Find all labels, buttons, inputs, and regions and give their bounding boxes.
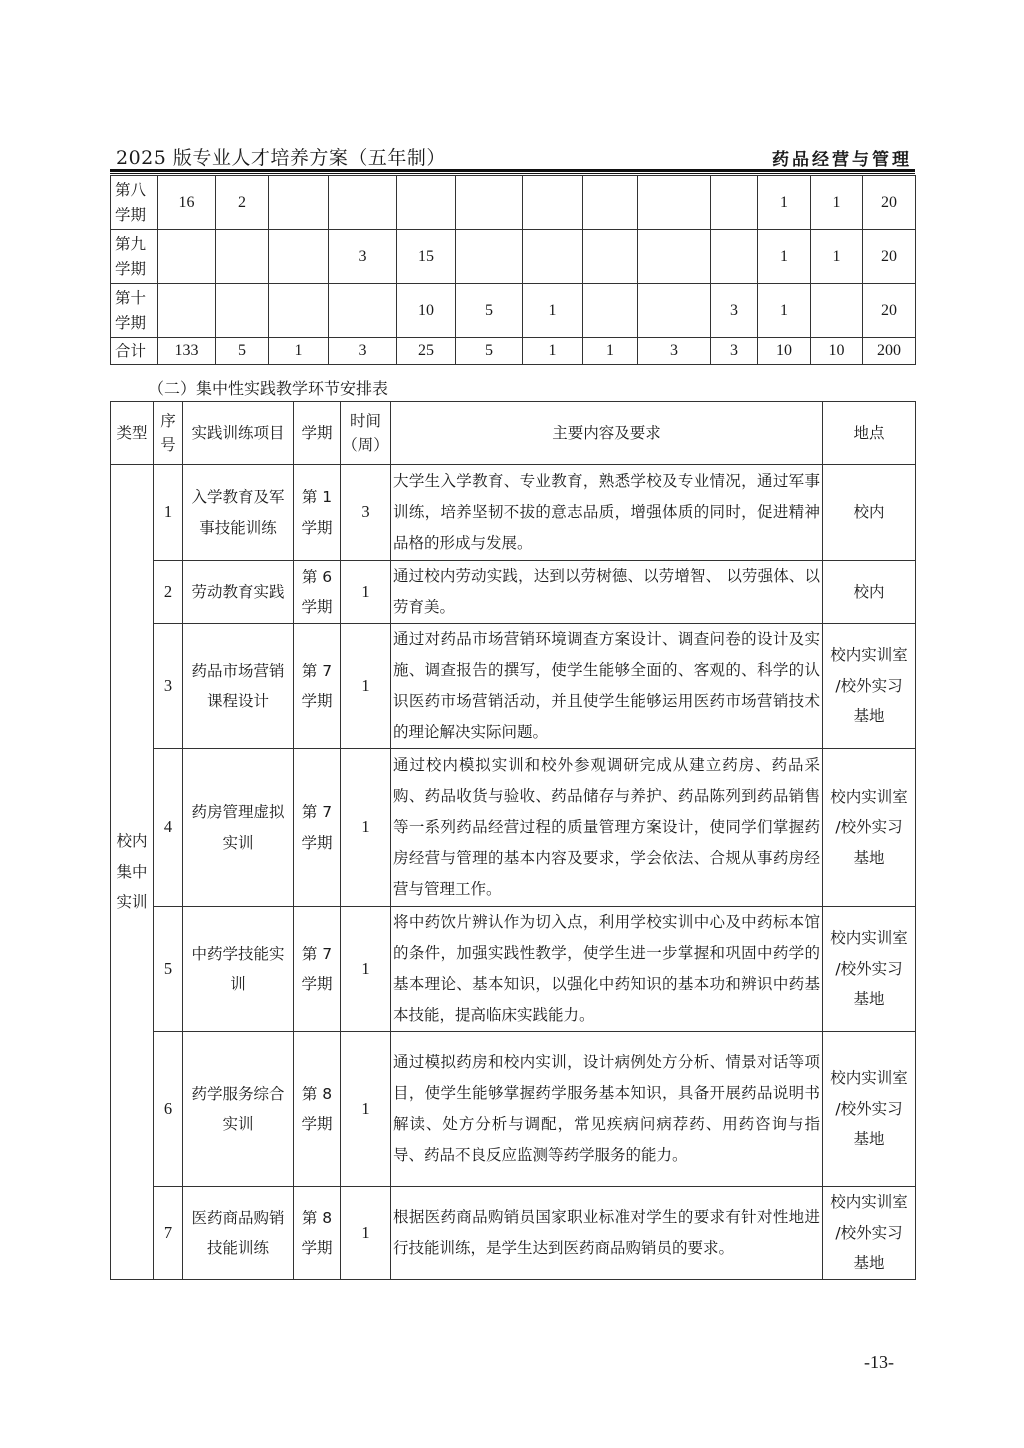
location: 校内实训室/校外实习基地 — [823, 1187, 916, 1280]
total-cell: 1 — [583, 338, 638, 365]
item-name: 劳动教育实践 — [183, 561, 294, 624]
header-row: 类型 序号 实践训练项目 学期 时间（周） 主要内容及要求 地点 — [111, 402, 916, 465]
semester: 第 8学期 — [294, 1032, 341, 1187]
header-seq: 序号 — [154, 402, 183, 465]
table-row: 第八学期 16 2 1 1 20 — [111, 176, 916, 230]
total-cell: 3 — [329, 338, 397, 365]
cell — [638, 284, 711, 338]
cell — [216, 230, 269, 284]
total-cell: 25 — [397, 338, 456, 365]
cell — [216, 284, 269, 338]
table-row: 6 药学服务综合实训 第 8学期 1 通过模拟药房和校内实训，设计病例处方分析、… — [111, 1032, 916, 1187]
total-cell: 3 — [711, 338, 758, 365]
header-rule-thick — [110, 169, 915, 172]
cell — [269, 284, 329, 338]
cell — [269, 176, 329, 230]
table-row: 第十学期 10 5 1 3 1 20 — [111, 284, 916, 338]
location: 校内实训室/校外实习基地 — [823, 907, 916, 1032]
total-cell: 10 — [811, 338, 863, 365]
table-row: 2 劳动教育实践 第 6学期 1 通过校内劳动实践，达到以劳树德、以劳增智、 以… — [111, 561, 916, 624]
total-cell: 1 — [269, 338, 329, 365]
total-cell: 10 — [758, 338, 811, 365]
cell — [583, 230, 638, 284]
cell — [711, 176, 758, 230]
cell: 5 — [456, 284, 523, 338]
weeks: 3 — [341, 465, 391, 561]
item-name: 药房管理虚拟实训 — [183, 749, 294, 907]
cell: 1 — [758, 284, 811, 338]
table-row: 3 药品市场营销课程设计 第 7学期 1 通过对药品市场营销环境调查方案设计、调… — [111, 624, 916, 749]
cell — [523, 176, 583, 230]
header-content: 主要内容及要求 — [391, 402, 823, 465]
total-cell: 1 — [523, 338, 583, 365]
seq: 5 — [154, 907, 183, 1032]
item-name: 药品市场营销课程设计 — [183, 624, 294, 749]
cell — [397, 176, 456, 230]
weeks: 1 — [341, 624, 391, 749]
header-time: 时间（周） — [341, 402, 391, 465]
semester: 第 7学期 — [294, 907, 341, 1032]
cell — [811, 284, 863, 338]
seq: 3 — [154, 624, 183, 749]
cell: 1 — [523, 284, 583, 338]
row-label: 第八学期 — [111, 176, 158, 230]
content: 通过校内劳动实践，达到以劳树德、以劳增智、 以劳强体、以劳育美。 — [391, 561, 823, 624]
total-cell: 200 — [863, 338, 916, 365]
content: 通过对药品市场营销环境调查方案设计、调查问卷的设计及实施、调查报告的撰写，使学生… — [391, 624, 823, 749]
row-label: 第十学期 — [111, 284, 158, 338]
seq: 1 — [154, 465, 183, 561]
document-header-program: 药品经营与管理 — [772, 145, 912, 170]
cell — [583, 284, 638, 338]
cell: 3 — [329, 230, 397, 284]
seq: 7 — [154, 1187, 183, 1280]
cell: 3 — [711, 284, 758, 338]
cell: 1 — [811, 176, 863, 230]
document-header-title: 2025 版专业人才培养方案（五年制） — [116, 143, 446, 170]
table-row: 4 药房管理虚拟实训 第 7学期 1 通过校内模拟实训和校外参观调研完成从建立药… — [111, 749, 916, 907]
cell — [456, 230, 523, 284]
practice-table-body: 校内集中实训 1 入学教育及军事技能训练 第 1学期 3 大学生入学教育、专业教… — [111, 465, 916, 1280]
cell: 1 — [758, 176, 811, 230]
table-row: 7 医药商品购销技能训练 第 8学期 1 根据医药商品购销员国家职业标准对学生的… — [111, 1187, 916, 1280]
cell — [456, 176, 523, 230]
location: 校内实训室/校外实习基地 — [823, 749, 916, 907]
location: 校内实训室/校外实习基地 — [823, 624, 916, 749]
cell — [158, 230, 216, 284]
seq: 4 — [154, 749, 183, 907]
total-cell: 5 — [456, 338, 523, 365]
item-name: 医药商品购销技能训练 — [183, 1187, 294, 1280]
total-cell: 133 — [158, 338, 216, 365]
page-number: -13- — [864, 1352, 894, 1373]
total-row: 合计 133 5 1 3 25 5 1 1 3 3 10 10 200 — [111, 338, 916, 365]
location: 校内实训室/校外实习基地 — [823, 1032, 916, 1187]
weeks: 1 — [341, 1187, 391, 1280]
cell: 2 — [216, 176, 269, 230]
cell: 20 — [863, 284, 916, 338]
semester: 第 6学期 — [294, 561, 341, 624]
total-cell: 5 — [216, 338, 269, 365]
cell — [158, 284, 216, 338]
weeks: 1 — [341, 561, 391, 624]
total-cell: 3 — [638, 338, 711, 365]
header-location: 地点 — [823, 402, 916, 465]
practice-arrangement-table: 类型 序号 实践训练项目 学期 时间（周） 主要内容及要求 地点 校内集中实训 … — [110, 401, 916, 1280]
table-row: 5 中药学技能实训 第 7学期 1 将中药饮片辨认作为切入点，利用学校实训中心及… — [111, 907, 916, 1032]
content: 通过模拟药房和校内实训，设计病例处方分析、情景对话等项目，使学生能够掌握药学服务… — [391, 1032, 823, 1187]
cell — [329, 284, 397, 338]
cell — [269, 230, 329, 284]
header-semester: 学期 — [294, 402, 341, 465]
header-type: 类型 — [111, 402, 154, 465]
weekly-schedule-body: 第八学期 16 2 1 1 20 第九学期 3 15 — [111, 176, 916, 365]
header-rule-thin — [110, 173, 915, 174]
cell: 20 — [863, 230, 916, 284]
table-row: 校内集中实训 1 入学教育及军事技能训练 第 1学期 3 大学生入学教育、专业教… — [111, 465, 916, 561]
content: 通过校内模拟实训和校外参观调研完成从建立药房、药品采购、药品收货与验收、药品储存… — [391, 749, 823, 907]
semester: 第 8学期 — [294, 1187, 341, 1280]
weekly-schedule-table: 第八学期 16 2 1 1 20 第九学期 3 15 — [110, 175, 916, 365]
cell: 10 — [397, 284, 456, 338]
item-name: 药学服务综合实训 — [183, 1032, 294, 1187]
section-caption: （二）集中性实践教学环节安排表 — [148, 376, 388, 399]
item-name: 中药学技能实训 — [183, 907, 294, 1032]
weeks: 1 — [341, 749, 391, 907]
group-label: 校内集中实训 — [111, 465, 154, 1280]
seq: 2 — [154, 561, 183, 624]
semester: 第 7学期 — [294, 624, 341, 749]
cell: 15 — [397, 230, 456, 284]
content: 根据医药商品购销员国家职业标准对学生的要求有针对性地进行技能训练，是学生达到医药… — [391, 1187, 823, 1280]
weeks: 1 — [341, 907, 391, 1032]
cell: 1 — [758, 230, 811, 284]
semester: 第 7学期 — [294, 749, 341, 907]
semester: 第 1学期 — [294, 465, 341, 561]
table-row: 第九学期 3 15 1 1 20 — [111, 230, 916, 284]
practice-table-header: 类型 序号 实践训练项目 学期 时间（周） 主要内容及要求 地点 — [111, 402, 916, 465]
seq: 6 — [154, 1032, 183, 1187]
header-item: 实践训练项目 — [183, 402, 294, 465]
row-label: 第九学期 — [111, 230, 158, 284]
cell — [638, 230, 711, 284]
cell — [523, 230, 583, 284]
location: 校内 — [823, 561, 916, 624]
cell — [583, 176, 638, 230]
cell — [329, 176, 397, 230]
content: 将中药饮片辨认作为切入点，利用学校实训中心及中药标本馆的条件，加强实践性教学，使… — [391, 907, 823, 1032]
weeks: 1 — [341, 1032, 391, 1187]
cell: 1 — [811, 230, 863, 284]
cell: 16 — [158, 176, 216, 230]
location: 校内 — [823, 465, 916, 561]
total-label: 合计 — [111, 338, 158, 365]
cell — [638, 176, 711, 230]
content: 大学生入学教育、专业教育，熟悉学校及专业情况，通过军事训练，培养坚韧不拔的意志品… — [391, 465, 823, 561]
cell: 20 — [863, 176, 916, 230]
item-name: 入学教育及军事技能训练 — [183, 465, 294, 561]
cell — [711, 230, 758, 284]
